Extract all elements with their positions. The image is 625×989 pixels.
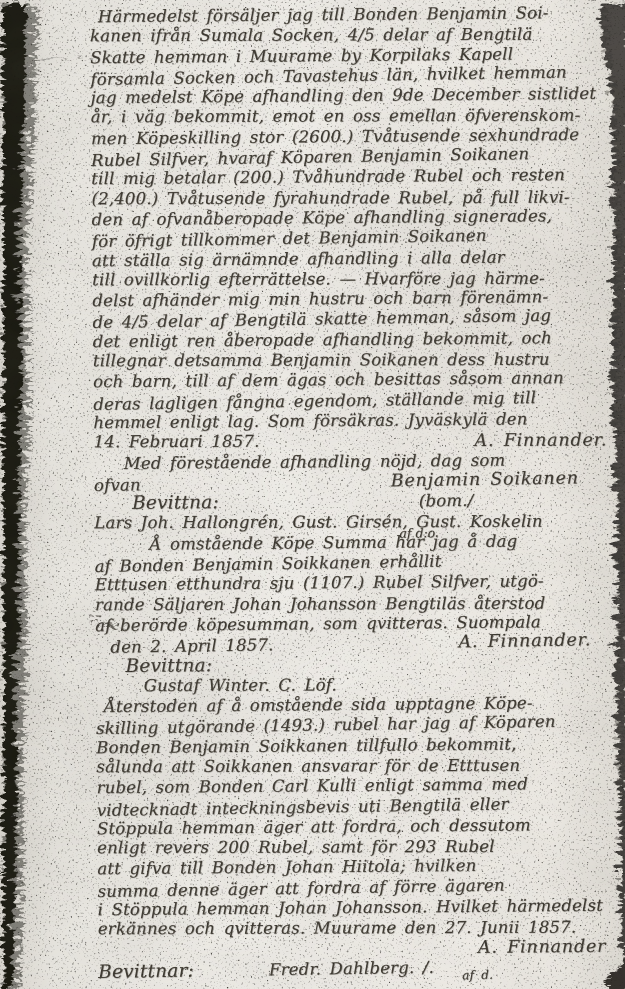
handwritten-line: tillegnar detsamma Benjamin Soikanen des… <box>93 350 607 372</box>
signature-benjamin-soikanen: Benjamin Soikanen <box>391 468 579 491</box>
signature-finnander-2: A. Finnander. <box>458 630 591 652</box>
interlinear-insertion: af d:o <box>399 523 435 544</box>
receipt2-line: sålunda att Soikkanen ansvarar för de Et… <box>96 755 610 777</box>
date-signature-row: 14. Februari 1857. A. Finnander. <box>94 431 608 453</box>
receipt2-line: erkännes och qvitteras. Muurame den 27. … <box>98 918 612 940</box>
witness-label-3: Bevittnar: <box>98 961 194 983</box>
witness-label-1: Bevittna: <box>94 493 219 514</box>
witness-name-dahlberg: Fredr. Dahlberg. /. <box>269 958 434 981</box>
signature-finnander-1: A. Finnander. <box>474 431 607 452</box>
receipt1-line: rande Säljaren Johan Johansson Bengtiläs… <box>95 593 609 615</box>
handwritten-line: (2,400.) Tvåtusende fyrahundrade Rubel, … <box>91 187 605 209</box>
receipt2-line: enligt revers 200 Rubel, samt för 293 Ru… <box>97 837 611 859</box>
witness-small-note: af d. <box>462 965 493 986</box>
left-binding-edge <box>0 0 96 989</box>
consent-line-end: ofvan <box>94 475 141 496</box>
receipt1-line-text: Å omstående Köpe Summa har jag å dag <box>149 531 517 553</box>
deed-text-block: Härmedelst försäljer jag till Bonden Ben… <box>90 3 612 982</box>
scratch-mark <box>4 56 96 60</box>
dateline-april: den 2. April 1857. <box>95 635 273 658</box>
bomärke-mark: (bom./ <box>419 491 474 512</box>
witness-names-2: Gustaf Winter. C. Löf. <box>96 674 610 696</box>
dateline-jyvaskyla: 14. Februari 1857. <box>94 432 260 453</box>
handwritten-line: till ovillkorlig efterrättelse. — Hvarfö… <box>92 268 606 290</box>
handwritten-line: kanen ifrån Sumala Socken, 4/5 delar af … <box>90 25 604 47</box>
scanned-document-page: Härmedelst försäljer jag till Bonden Ben… <box>0 0 625 989</box>
handwritten-line: år, i väg bekommit, emot en oss emellan … <box>91 106 605 128</box>
